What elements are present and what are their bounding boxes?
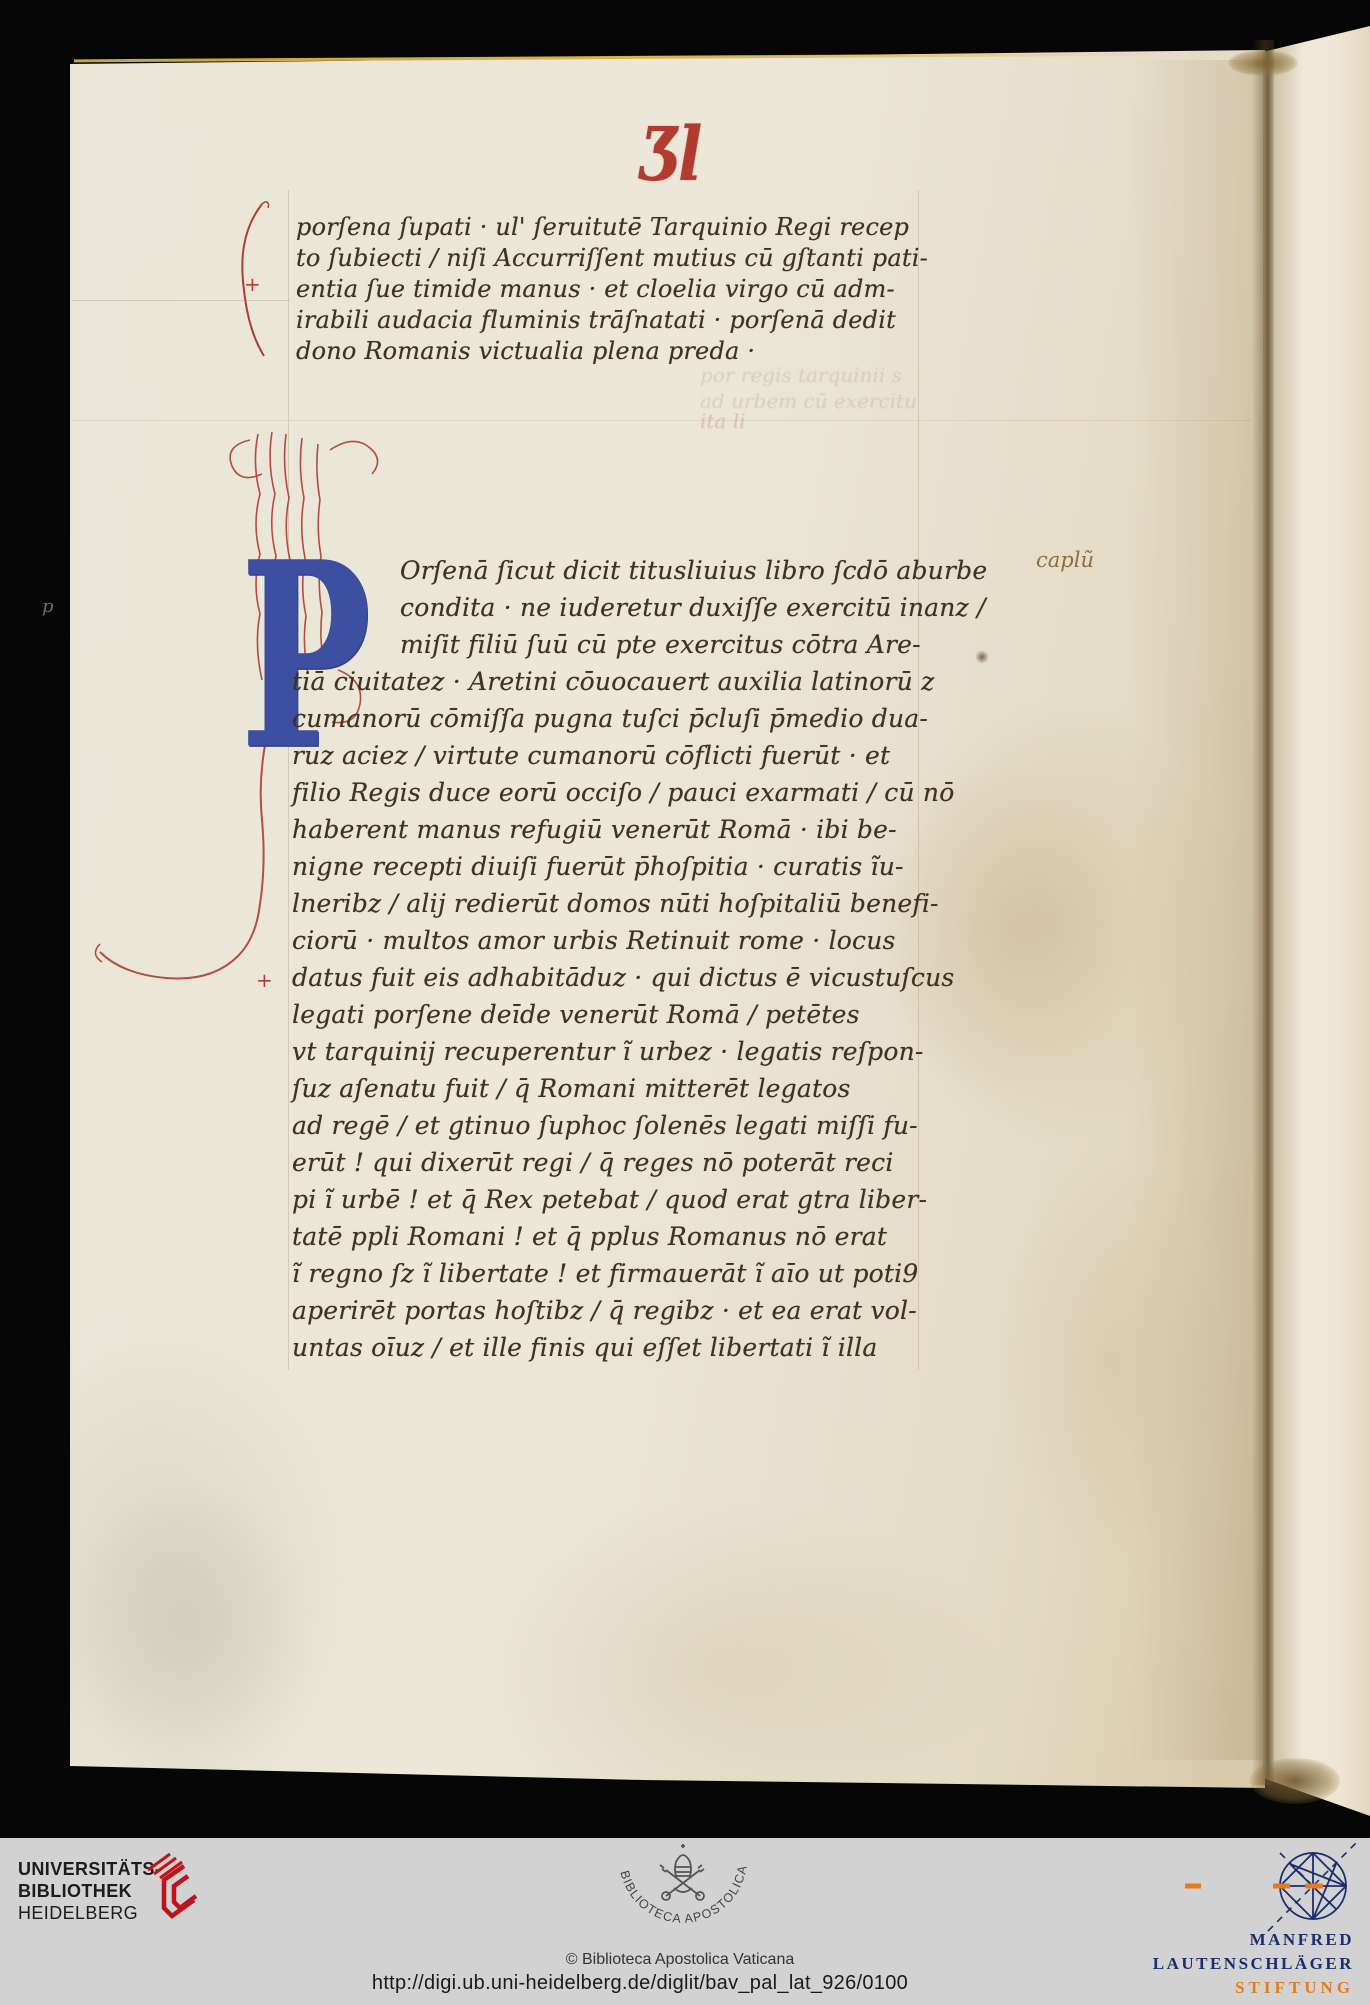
manuscript-line: ĩ regno ſz ĩ libertate ! et firmauerāt ĩ… [292,1255,987,1292]
manuscript-line: ciorū · multos amor urbis Retinuit rome … [292,922,987,959]
manuscript-line: condita · ne iuderetur duxiſſe exercitū … [292,589,987,626]
margin-note-capitulum: caplũ [1036,548,1094,572]
binding-debris-bottom [1250,1758,1340,1804]
book-gutter [1252,40,1274,1785]
margin-plus-mark: + [256,968,273,992]
scan-viewport: Ʒl porſena ſupati · ul' ſeruitutē Tarqui… [0,0,1370,2005]
manuscript-line: vt tarquinij recuperentur ĩ urbez · lega… [292,1033,987,1070]
manuscript-line: legati porſene deīde venerūt Romā / petē… [292,996,987,1033]
margin-plus-mark: + [244,272,261,296]
vatican-library-seal-icon: BIBLIOTECA APOSTOLICA VATICANA [608,1846,758,1942]
manuscript-line: entia ſue timide manus · et cloelia virg… [296,274,928,305]
ub-heidelberg-logo-icon [140,1850,202,1924]
manuscript-line: ſuz aſenatu fuit / q̄ Romani mitterēt le… [292,1070,987,1107]
folio-mark-rubric: Ʒl [640,112,698,198]
manuscript-line: Orſenā ſicut dicit titusliuius libro ſcd… [292,552,987,589]
manuscript-line: untas oīuz / et ille finis qui eſſet lib… [292,1329,987,1366]
manuscript-line: ruz aciez / virtute cumanorū cōflicti fu… [292,737,987,774]
manuscript-line: porſena ſupati · ul' ſeruitutē Tarquinio… [296,212,928,243]
paragraph-main: Orſenā ſicut dicit titusliuius libro ſcd… [292,552,987,1366]
manuscript-line: nigne recepti diuiſi fuerūt p̄hoſpitia ·… [292,848,987,885]
mls-line3: STIFTUNG [1040,1976,1354,2000]
manuscript-line: lneribz / alij redierūt domos nūti hoſpi… [292,885,987,922]
mls-wordmark: MANFRED LAUTENSCHLÄGER STIFTUNG [1040,1928,1354,2000]
seal-arc-text: BIBLIOTECA APOSTOLICA VATICANA [603,1835,750,1926]
next-page-edge [1263,26,1370,1856]
manuscript-line: to ſubiecti / niſi Accurriſſent mutius c… [296,243,928,274]
erased-rubric: ita li [700,408,746,434]
manuscript-line: miſit filiū ſuū cū pte exercitus cōtra A… [292,626,987,663]
manuscript-line: cumanorū cōmiſſa pugna tuſci p̄cluſi p̄m… [292,700,987,737]
manuscript-line: aperirēt portas hoſtibz / q̄ regibz · et… [292,1292,987,1329]
mls-line2: LAUTENSCHLÄGER [1040,1952,1354,1976]
mls-line1: MANFRED [1040,1928,1354,1952]
manuscript-line: pi ĩ urbē ! et q̄ Rex petebat / quod era… [292,1181,987,1218]
manuscript-line: tiā ciuitatez · Aretini cōuocauert auxil… [292,663,987,700]
copyright-line: © Biblioteca Apostolica Vaticana [340,1951,1020,1969]
manuscript-line: tatē ppli Romani ! et q̄ pplus Romanus n… [292,1218,987,1255]
manuscript-line: irabili audacia fluminis trāſnatati · po… [296,305,928,336]
manuscript-line: datus fuit eis adhabitāduz · qui dictus … [292,959,987,996]
svg-text:BIBLIOTECA APOSTOLICA VATICANA: BIBLIOTECA APOSTOLICA VATICANA [603,1835,750,1926]
manuscript-line: filio Regis duce eorū occiſo / pauci exa… [292,774,987,811]
erased-text: por regis tarquinii s ad urbem cū exerci… [700,362,917,414]
mls-logo-icon [1180,1843,1360,1933]
edge-letter-mark: p [42,596,54,617]
binding-debris-top [1228,50,1298,76]
paragraph-excerpt: porſena ſupati · ul' ſeruitutē Tarquinio… [296,212,928,367]
manuscript-line: ad regē / et gtinuo ſuphoc ſolenēs legat… [292,1107,987,1144]
manuscript-line: haberent manus refugiū venerūt Romā · ib… [292,811,987,848]
manuscript-line: erūt ! qui dixerūt regi / q̄ reges nō po… [292,1144,987,1181]
